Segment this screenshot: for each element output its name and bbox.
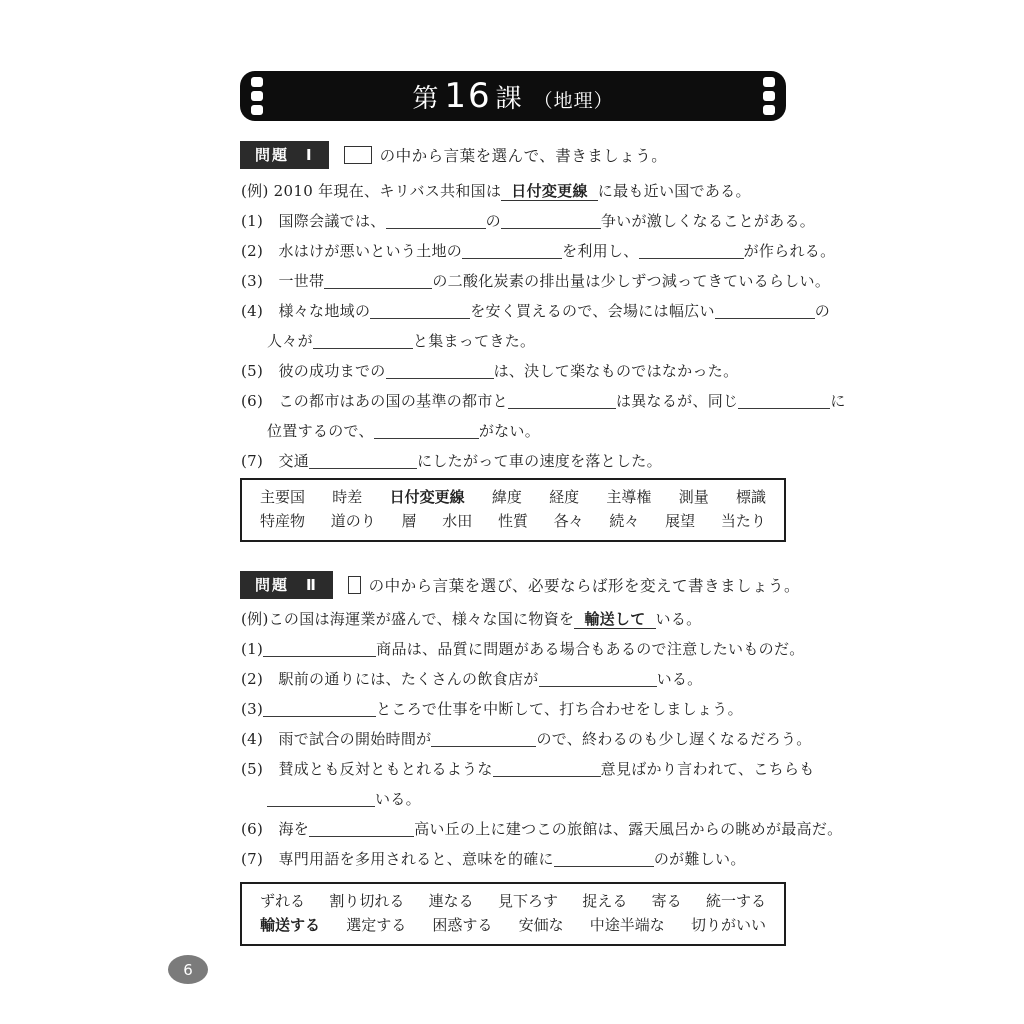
section-1-instruction: の中から言葉を選んで、書きましょう。 [380,144,668,166]
exercise-line: (5) 賛成とも反対ともとれるような意見ばかり言われて、こちらも [241,754,801,784]
wordbox-reference-icon [348,576,361,594]
wordbox-word: 道のり [331,509,376,533]
exercise-line: (4) 雨で試合の開始時間がので、終わるのも少し遅くなるだろう。 [241,724,801,754]
wordbox-word: 展望 [665,509,695,533]
film-holes-right-icon [763,77,775,115]
exercise-line: いる。 [241,784,801,814]
exercise-line: (7) 専門用語を多用されると、意味を的確にのが難しい。 [241,844,801,874]
fill-in-blank [493,759,601,777]
workbook-page: 第16課（地理） 問題 Ⅰ の中から言葉を選んで、書きましょう。 (例) 201… [0,0,1024,1024]
fill-in-blank [324,271,432,289]
text-run: (5) 賛成とも反対ともとれるような [241,760,493,778]
wordbox-word: 性質 [498,509,528,533]
text-run: がない。 [479,422,540,440]
wordbox-word: 寄る [652,889,682,913]
text-run: (7) 専門用語を多用されると、意味を的確に [241,850,554,868]
title-prefix: 第 [412,84,440,114]
text-run: にしたがって車の速度を落とした。 [417,452,662,470]
text-run: (1) [241,640,263,658]
wordbox-word: 水田 [442,509,472,533]
wordbox-word: 困惑する [432,913,492,937]
fill-in-blank [386,361,494,379]
film-holes-left-icon [251,77,263,115]
wordbox-row: 輸送する選定する困惑する安価な中途半端な切りがいい [260,913,766,937]
lesson-title: 第16課（地理） [412,76,613,116]
wordbox-word: 緯度 [492,485,522,509]
wordbox-row: 特産物道のり層水田性質各々続々展望当たり [260,509,766,533]
wordbox-word: 中途半端な [590,913,665,937]
fill-in-blank [462,241,562,259]
lesson-title-bar: 第16課（地理） [240,71,786,121]
fill-in-blank [508,391,616,409]
wordbox-row: 主要国時差日付変更線緯度経度主導権測量標識 [260,485,766,509]
example-line: (例)この国は海運業が盛んで、様々な国に物資を輸送している。 [241,604,801,634]
wordbox-word: 安価な [519,913,564,937]
wordbox-word: 輸送する [260,913,320,937]
exercise-line: 位置するので、がない。 [241,416,801,446]
text-run: に最も近い国である。 [598,182,751,200]
fill-in-blank [501,211,601,229]
exercise-line: (3) 一世帯の二酸化炭素の排出量は少しずつ減ってきているらしい。 [241,266,801,296]
wordbox-word: 各々 [554,509,584,533]
fill-in-blank [309,819,414,837]
text-run: 商品は、品質に問題がある場合もあるので注意したいものだ。 [376,640,804,658]
fill-in-blank [263,699,376,717]
fill-in-blank [374,421,479,439]
text-run: が作られる。 [744,242,836,260]
text-run: は、決して楽なものではなかった。 [494,362,739,380]
text-run: ところで仕事を中断して、打ち合わせをしましょう。 [376,700,743,718]
wordbox-word: 当たり [721,509,766,533]
exercise-line: (3)ところで仕事を中断して、打ち合わせをしましょう。 [241,694,801,724]
exercise-line: (5) 彼の成功までのは、決して楽なものではなかった。 [241,356,801,386]
text-run: 人々が [267,332,313,350]
fill-in-blank [267,789,375,807]
fill-in-blank [738,391,830,409]
text-run: (4) 様々な地域の [241,302,370,320]
wordbox-word: 見下ろす [498,889,558,913]
fill-in-blank [431,729,536,747]
text-run: と集まってきた。 [413,332,535,350]
wordbox-word: 経度 [549,485,579,509]
wordbox-word: 割り切れる [329,889,404,913]
exercise-line: 人々がと集まってきた。 [241,326,801,356]
exercise-line: (6) この都市はあの国の基準の都市とは異なるが、同じに [241,386,801,416]
section-2-exercises: (例)この国は海運業が盛んで、様々な国に物資を輸送している。(1)商品は、品質に… [241,604,801,874]
wordbox-word: 統一する [706,889,766,913]
wordbox-word: 続々 [609,509,639,533]
example-answer: 日付変更線 [501,182,598,201]
wordbox-word: 測量 [679,485,709,509]
exercise-line: (2) 駅前の通りには、たくさんの飲食店がいる。 [241,664,801,694]
wordbox-word: 日付変更線 [390,485,465,509]
fill-in-blank [313,331,413,349]
section-1-exercises: (例) 2010 年現在、キリバス共和国は日付変更線に最も近い国である。(1) … [241,176,801,476]
exercise-line: (1) 国際会議では、の争いが激しくなることがある。 [241,206,801,236]
text-run: (7) 交通 [241,452,309,470]
text-run: 位置するので、 [267,422,374,440]
wordbox-word: 切りがいい [691,913,766,937]
text-run: いる。 [375,790,421,808]
text-run: (2) 水はけが悪いという土地の [241,242,462,260]
text-run: 争いが激しくなることがある。 [601,212,815,230]
exercise-line: (4) 様々な地域のを安く買えるので、会場には幅広いの [241,296,801,326]
wordbox-word: 主導権 [606,485,651,509]
text-run: に [830,392,845,410]
wordbox-word: 標識 [736,485,766,509]
text-run: (例) 2010 年現在、キリバス共和国は [241,182,501,200]
text-run: の [486,212,501,230]
section-1-label: 問題 Ⅰ [240,141,329,169]
exercise-line: (7) 交通にしたがって車の速度を落とした。 [241,446,801,476]
fill-in-blank [263,639,376,657]
wordbox-reference-icon [344,146,372,164]
lesson-number: 16 [440,76,495,116]
text-run: いる。 [657,670,703,688]
fill-in-blank [539,669,657,687]
fill-in-blank [554,849,654,867]
wordbox-row: ずれる割り切れる連なる見下ろす捉える寄る統一する [260,889,766,913]
text-run: を安く買えるので、会場には幅広い [470,302,715,320]
text-run: (3) 一世帯 [241,272,324,290]
text-run: のが難しい。 [654,850,746,868]
text-run: は異なるが、同じ [616,392,738,410]
text-run: (2) 駅前の通りには、たくさんの飲食店が [241,670,539,688]
section-2-label: 問題 Ⅱ [240,571,333,599]
section-2-instruction: の中から言葉を選び、必要ならば形を変えて書きましょう。 [369,574,800,596]
wordbox-word: 捉える [582,889,627,913]
wordbox-word: 選定する [346,913,406,937]
fill-in-blank [639,241,744,259]
text-run: 高い丘の上に建つこの旅館は、露天風呂からの眺めが最高だ。 [414,820,842,838]
wordbox-word: ずれる [260,889,305,913]
section-2-wordbox: ずれる割り切れる連なる見下ろす捉える寄る統一する輸送する選定する困惑する安価な中… [240,882,786,946]
text-run: (6) 海を [241,820,309,838]
example-answer: 輸送して [574,610,655,629]
wordbox-word: 時差 [332,485,362,509]
example-line: (例) 2010 年現在、キリバス共和国は日付変更線に最も近い国である。 [241,176,801,206]
text-run: 意見ばかり言われて、こちらも [601,760,815,778]
wordbox-word: 主要国 [260,485,305,509]
fill-in-blank [370,301,470,319]
text-run: を利用し、 [562,242,639,260]
exercise-line: (1)商品は、品質に問題がある場合もあるので注意したいものだ。 [241,634,801,664]
text-run: (5) 彼の成功までの [241,362,386,380]
text-run: ので、終わるのも少し遅くなるだろう。 [536,730,811,748]
wordbox-word: 特産物 [260,509,305,533]
fill-in-blank [715,301,815,319]
text-run: の二酸化炭素の排出量は少しずつ減ってきているらしい。 [432,272,830,290]
fill-in-blank [309,451,417,469]
text-run: (6) この都市はあの国の基準の都市と [241,392,508,410]
page-number: 6 [183,961,193,979]
text-run: (例)この国は海運業が盛んで、様々な国に物資を [241,610,574,628]
title-suffix: 課 [496,84,524,114]
text-run: (3) [241,700,263,718]
text-run: (1) 国際会議では、 [241,212,386,230]
section-1-wordbox: 主要国時差日付変更線緯度経度主導権測量標識特産物道のり層水田性質各々続々展望当た… [240,478,786,542]
text-run: (4) 雨で試合の開始時間が [241,730,431,748]
exercise-line: (6) 海を高い丘の上に建つこの旅館は、露天風呂からの眺めが最高だ。 [241,814,801,844]
page-number-badge: 6 [168,955,208,984]
text-run: いる。 [656,610,702,628]
wordbox-word: 連なる [429,889,474,913]
exercise-line: (2) 水はけが悪いという土地のを利用し、が作られる。 [241,236,801,266]
wordbox-word: 層 [401,509,416,533]
text-run: の [815,302,830,320]
section-2-header: 問題 Ⅱ の中から言葉を選び、必要ならば形を変えて書きましょう。 [240,572,800,598]
fill-in-blank [386,211,486,229]
section-1-header: 問題 Ⅰ の中から言葉を選んで、書きましょう。 [240,142,800,168]
lesson-subtitle: （地理） [534,90,614,112]
